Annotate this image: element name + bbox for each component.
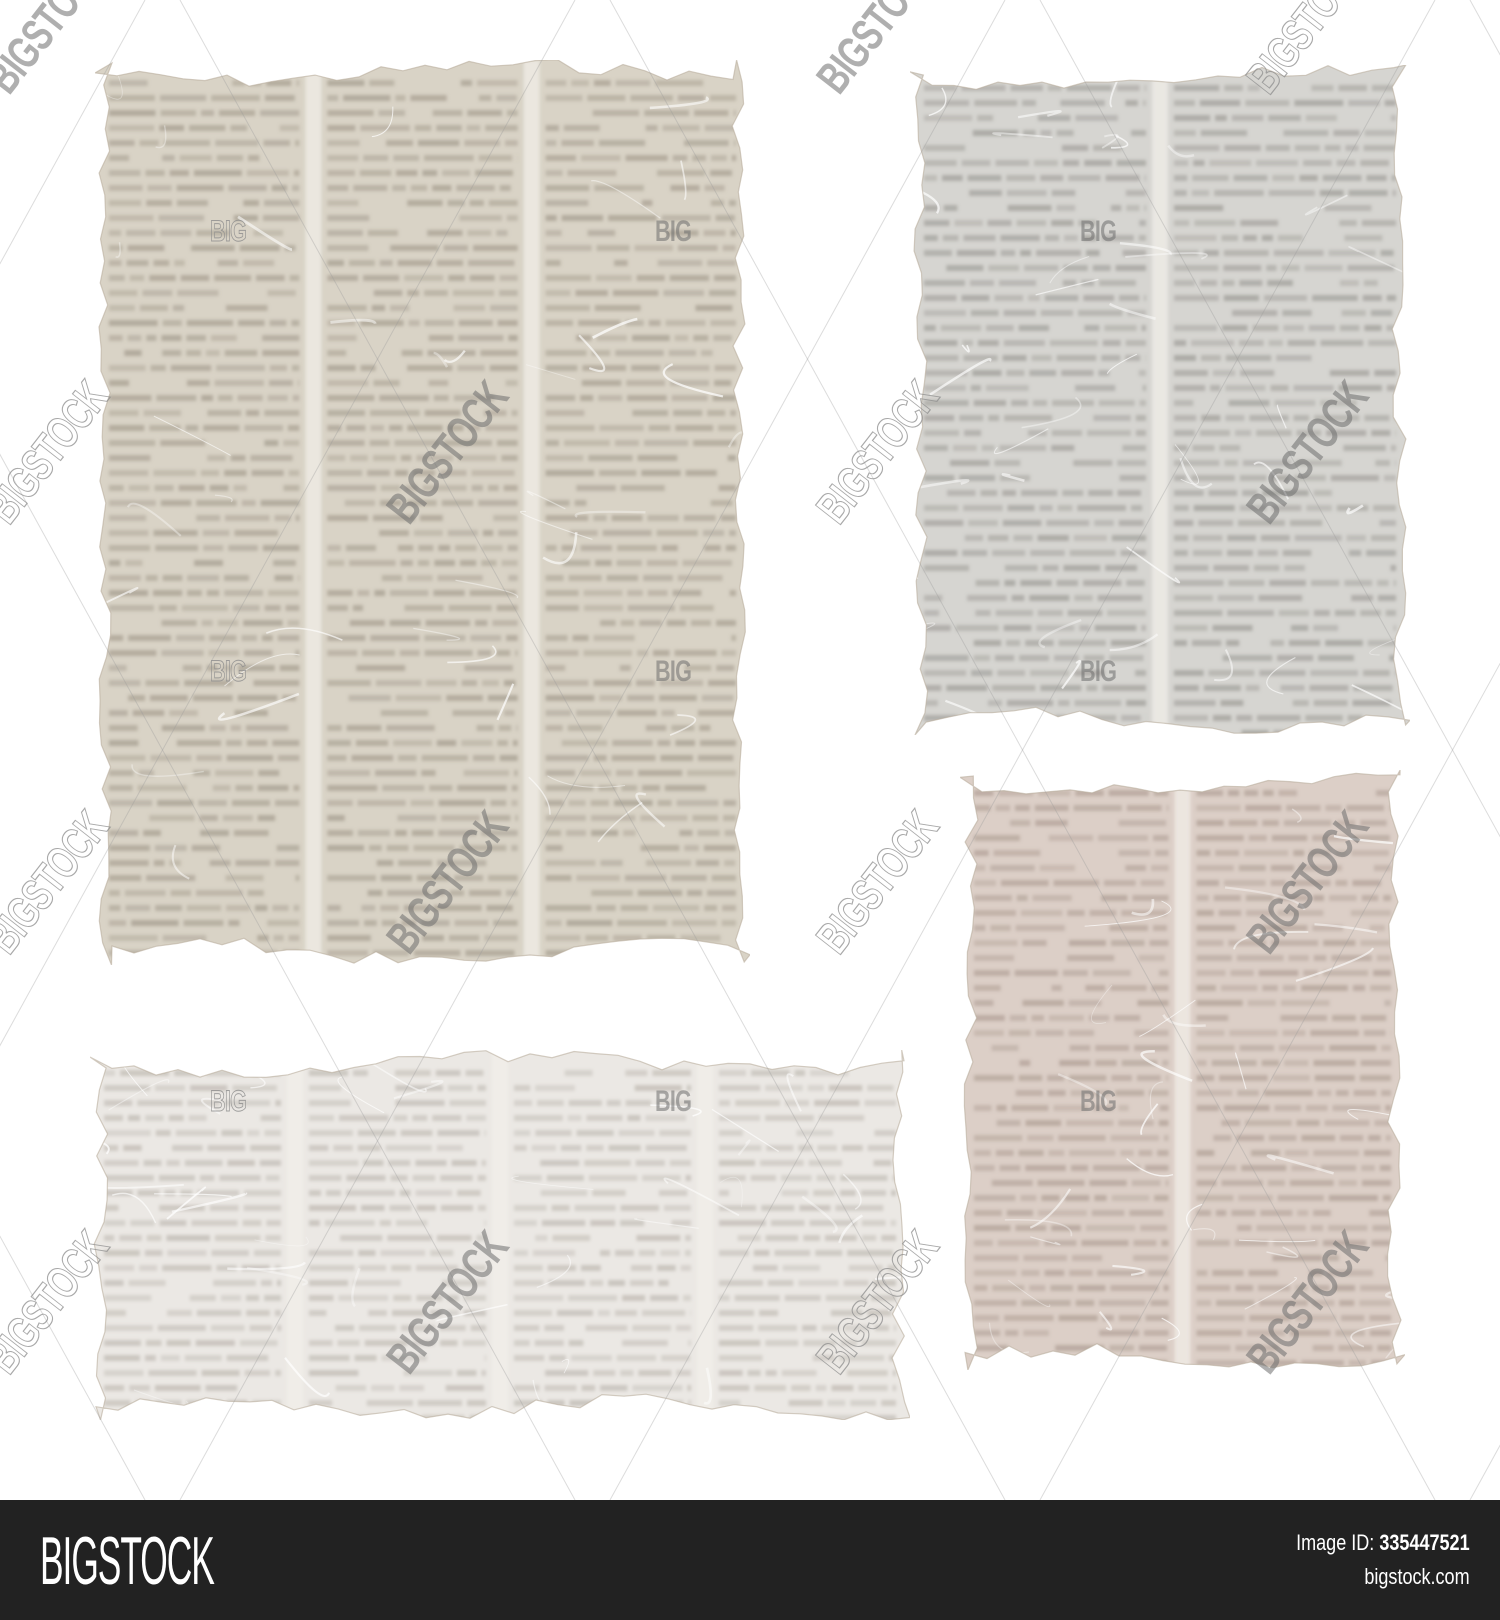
watermark-bigstock: BIGSTOCK [805,801,948,963]
footer-meta: Image ID: 335447521 bigstock.com [1258,1530,1470,1590]
image-id-value: 335447521 [1380,1530,1470,1555]
stock-image-canvas: BIGBIGBIGBIGBIGBIGBIGBIGBIGBIGSTOCKBIGST… [0,0,1500,1500]
bigstock-logo[interactable]: BIGSTOCK [40,1522,214,1600]
image-id: Image ID: 335447521 [1296,1530,1470,1556]
site-link[interactable]: bigstock.com [1296,1564,1470,1590]
footer-bar: BIGSTOCK Image ID: 335447521 bigstock.co… [0,1500,1500,1620]
image-id-label: Image ID: [1296,1530,1374,1555]
newspaper-piece-top-right [910,65,1410,735]
newspaper-piece-bottom-left [90,1050,910,1420]
newspaper-piece-bottom-right [960,770,1405,1370]
newspaper-piece-top-left [95,60,750,965]
